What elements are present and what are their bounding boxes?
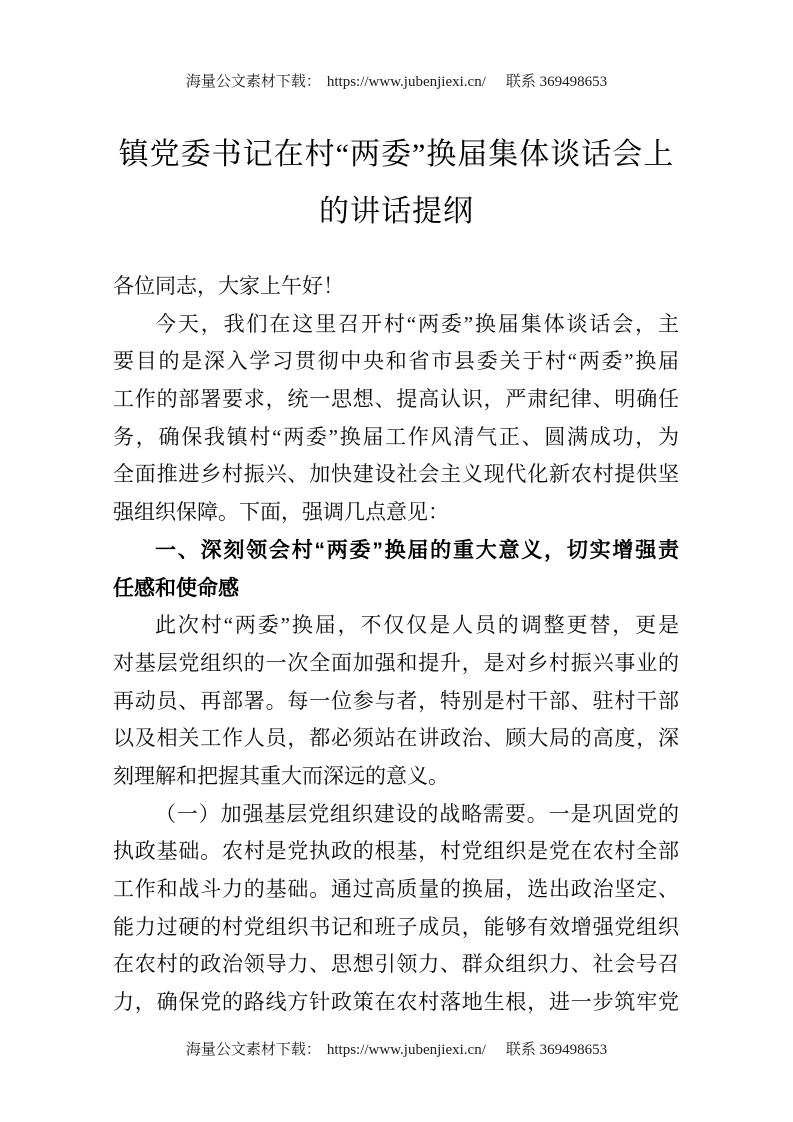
paragraph-line: 在农村的政治领导力、思想引领力、群众组织力、社会号召 (113, 946, 679, 984)
paragraph-line: 强组织保障。下面，强调几点意见： (113, 494, 679, 532)
paragraph-line: 今天，我们在这里召开村“两委”换届集体谈话会，主 (113, 306, 679, 344)
page-footer: 海量公文素材下载：https://www.jubenjiexi.cn/联系 36… (0, 1038, 793, 1059)
paragraph-line: 各位同志，大家上午好！ (113, 268, 679, 306)
footer-url-link[interactable]: https://www.jubenjiexi.cn/ (327, 1042, 486, 1058)
paragraph-line: 全面推进乡村振兴、加快建设社会主义现代化新农村提供坚 (113, 456, 679, 494)
document-page: 海量公文素材下载：https://www.jubenjiexi.cn/联系 36… (0, 0, 793, 1122)
header-contact-info: 联系 369498653 (506, 74, 607, 90)
header-url-link[interactable]: https://www.jubenjiexi.cn/ (327, 74, 486, 90)
paragraph-line: 工作和战斗力的基础。通过高质量的换届，选出政治坚定、 (113, 871, 679, 909)
paragraph-line: 能力过硬的村党组织书记和班子成员，能够有效增强党组织 (113, 909, 679, 947)
document-title: 镇党委书记在村“两委”换届集体谈话会上 的讲话提纲 (113, 126, 680, 240)
paragraph-line: 此次村“两委”换届，不仅仅是人员的调整更替，更是 (113, 607, 679, 645)
paragraphs: 各位同志，大家上午好！今天，我们在这里召开村“两委”换届集体谈话会，主要目的是深… (113, 268, 679, 1022)
paragraph-line: 力，确保党的路线方针政策在农村落地生根，进一步筑牢党 (113, 984, 679, 1022)
document-title-line-2: 的讲话提纲 (113, 183, 680, 240)
paragraph-line: 务，确保我镇村“两委”换届工作风清气正、圆满成功，为 (113, 419, 679, 457)
paragraph-line: 工作的部署要求，统一思想、提高认识，严肃纪律、明确任 (113, 381, 679, 419)
section-heading-line: 任感和使命感 (113, 570, 679, 608)
header-download-label: 海量公文素材下载： (186, 74, 321, 90)
footer-download-label: 海量公文素材下载： (186, 1042, 321, 1058)
section-heading-line: 一、深刻领会村“两委”换届的重大意义，切实增强责 (113, 532, 679, 570)
document-title-line-1: 镇党委书记在村“两委”换届集体谈话会上 (113, 126, 680, 183)
paragraph-line: （一）加强基层党组织建设的战略需要。一是巩固党的 (113, 796, 679, 834)
paragraph-line: 刻理解和把握其重大而深远的意义。 (113, 758, 679, 796)
paragraph-line: 执政基础。农村是党执政的根基，村党组织是党在农村全部 (113, 833, 679, 871)
paragraph-line: 要目的是深入学习贯彻中央和省市县委关于村“两委”换届 (113, 343, 679, 381)
paragraph-line: 以及相关工作人员，都必须站在讲政治、顾大局的高度，深 (113, 720, 679, 758)
page-header: 海量公文素材下载：https://www.jubenjiexi.cn/联系 36… (0, 70, 793, 91)
paragraph-line: 对基层党组织的一次全面加强和提升，是对乡村振兴事业的 (113, 645, 679, 683)
paragraph-line: 再动员、再部署。每一位参与者，特别是村干部、驻村干部 (113, 683, 679, 721)
footer-contact-info: 联系 369498653 (506, 1042, 607, 1058)
